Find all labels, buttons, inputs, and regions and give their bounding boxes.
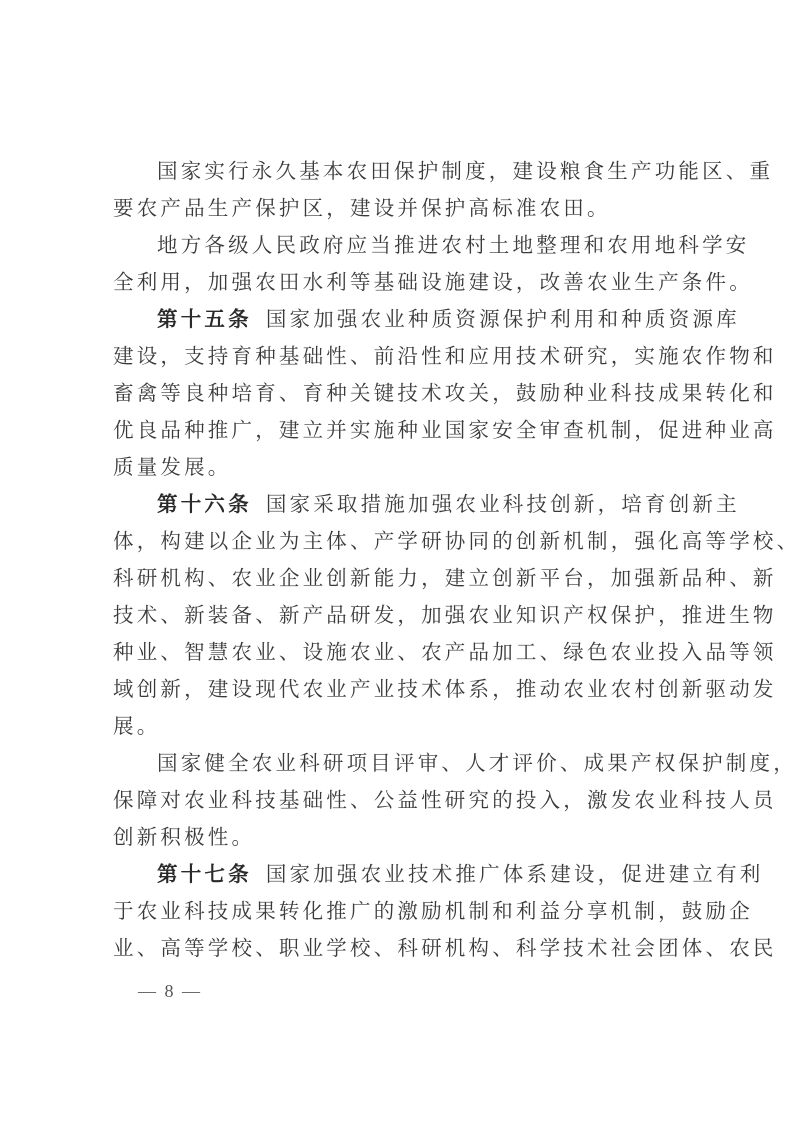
text-span: 国家采取措施加强农业科技创新，培育创新主 <box>266 492 740 516</box>
text-line: 建设，支持育种基础性、前沿性和应用技术研究，实施农作物和 <box>113 338 693 375</box>
text-line: 国家健全农业科研项目评审、人才评价、成果产权保护制度， <box>113 745 693 782</box>
text-line: 要农产品生产保护区，建设并保护高标准农田。 <box>113 190 693 227</box>
text-line: 展。 <box>113 708 693 745</box>
article-17: 第十七条国家加强农业技术推广体系建设，促进建立有利 于农业科技成果转化推广的激励… <box>113 856 693 967</box>
paragraph-local-government: 地方各级人民政府应当推进农村土地整理和农用地科学安 全利用，加强农田水利等基础设… <box>113 227 693 301</box>
text-line: 国家实行永久基本农田保护制度，建设粮食生产功能区、重 <box>113 153 693 190</box>
article-16: 第十六条国家采取措施加强农业科技创新，培育创新主 体，构建以企业为主体、产学研协… <box>113 486 693 745</box>
text-line: 于农业科技成果转化推广的激励机制和利益分享机制，鼓励企 <box>113 893 693 930</box>
text-line: 创新积极性。 <box>113 819 693 856</box>
text-line: 体，构建以企业为主体、产学研协同的创新机制，强化高等学校、 <box>113 523 693 560</box>
text-line: 第十五条国家加强农业种质资源保护利用和种质资源库 <box>113 301 693 338</box>
text-span: 国家加强农业技术推广体系建设，促进建立有利 <box>266 862 764 886</box>
text-line: 科研机构、农业企业创新能力，建立创新平台，加强新品种、新 <box>113 560 693 597</box>
text-line: 第十六条国家采取措施加强农业科技创新，培育创新主 <box>113 486 693 523</box>
paragraph-farmland-protection: 国家实行永久基本农田保护制度，建设粮食生产功能区、重 要农产品生产保护区，建设并… <box>113 153 693 227</box>
text-line: 地方各级人民政府应当推进农村土地整理和农用地科学安 <box>113 227 693 264</box>
text-line: 业、高等学校、职业学校、科研机构、科学技术社会团体、农民 <box>113 930 693 967</box>
text-line: 质量发展。 <box>113 449 693 486</box>
text-span: 国家加强农业种质资源保护利用和种质资源库 <box>266 307 740 331</box>
article-heading: 第十七条 <box>157 862 252 886</box>
text-line: 畜禽等良种培育、育种关键技术攻关，鼓励种业科技成果转化和 <box>113 375 693 412</box>
text-line: 优良品种推广，建立并实施种业国家安全审查机制，促进种业高 <box>113 412 693 449</box>
text-line: 保障对农业科技基础性、公益性研究的投入，激发农业科技人员 <box>113 782 693 819</box>
document-body: 国家实行永久基本农田保护制度，建设粮食生产功能区、重 要农产品生产保护区，建设并… <box>113 153 693 967</box>
article-heading: 第十五条 <box>157 307 252 331</box>
article-15: 第十五条国家加强农业种质资源保护利用和种质资源库 建设，支持育种基础性、前沿性和… <box>113 301 693 486</box>
text-line: 第十七条国家加强农业技术推广体系建设，促进建立有利 <box>113 856 693 893</box>
page-number: — 8 — <box>138 981 202 1002</box>
text-line: 种业、智慧农业、设施农业、农产品加工、绿色农业投入品等领 <box>113 634 693 671</box>
text-line: 技术、新装备、新产品研发，加强农业知识产权保护，推进生物 <box>113 597 693 634</box>
text-line: 域创新，建设现代农业产业技术体系，推动农业农村创新驱动发 <box>113 671 693 708</box>
paragraph-research-system: 国家健全农业科研项目评审、人才评价、成果产权保护制度， 保障对农业科技基础性、公… <box>113 745 693 856</box>
text-line: 全利用，加强农田水利等基础设施建设，改善农业生产条件。 <box>113 264 693 301</box>
article-heading: 第十六条 <box>157 492 252 516</box>
